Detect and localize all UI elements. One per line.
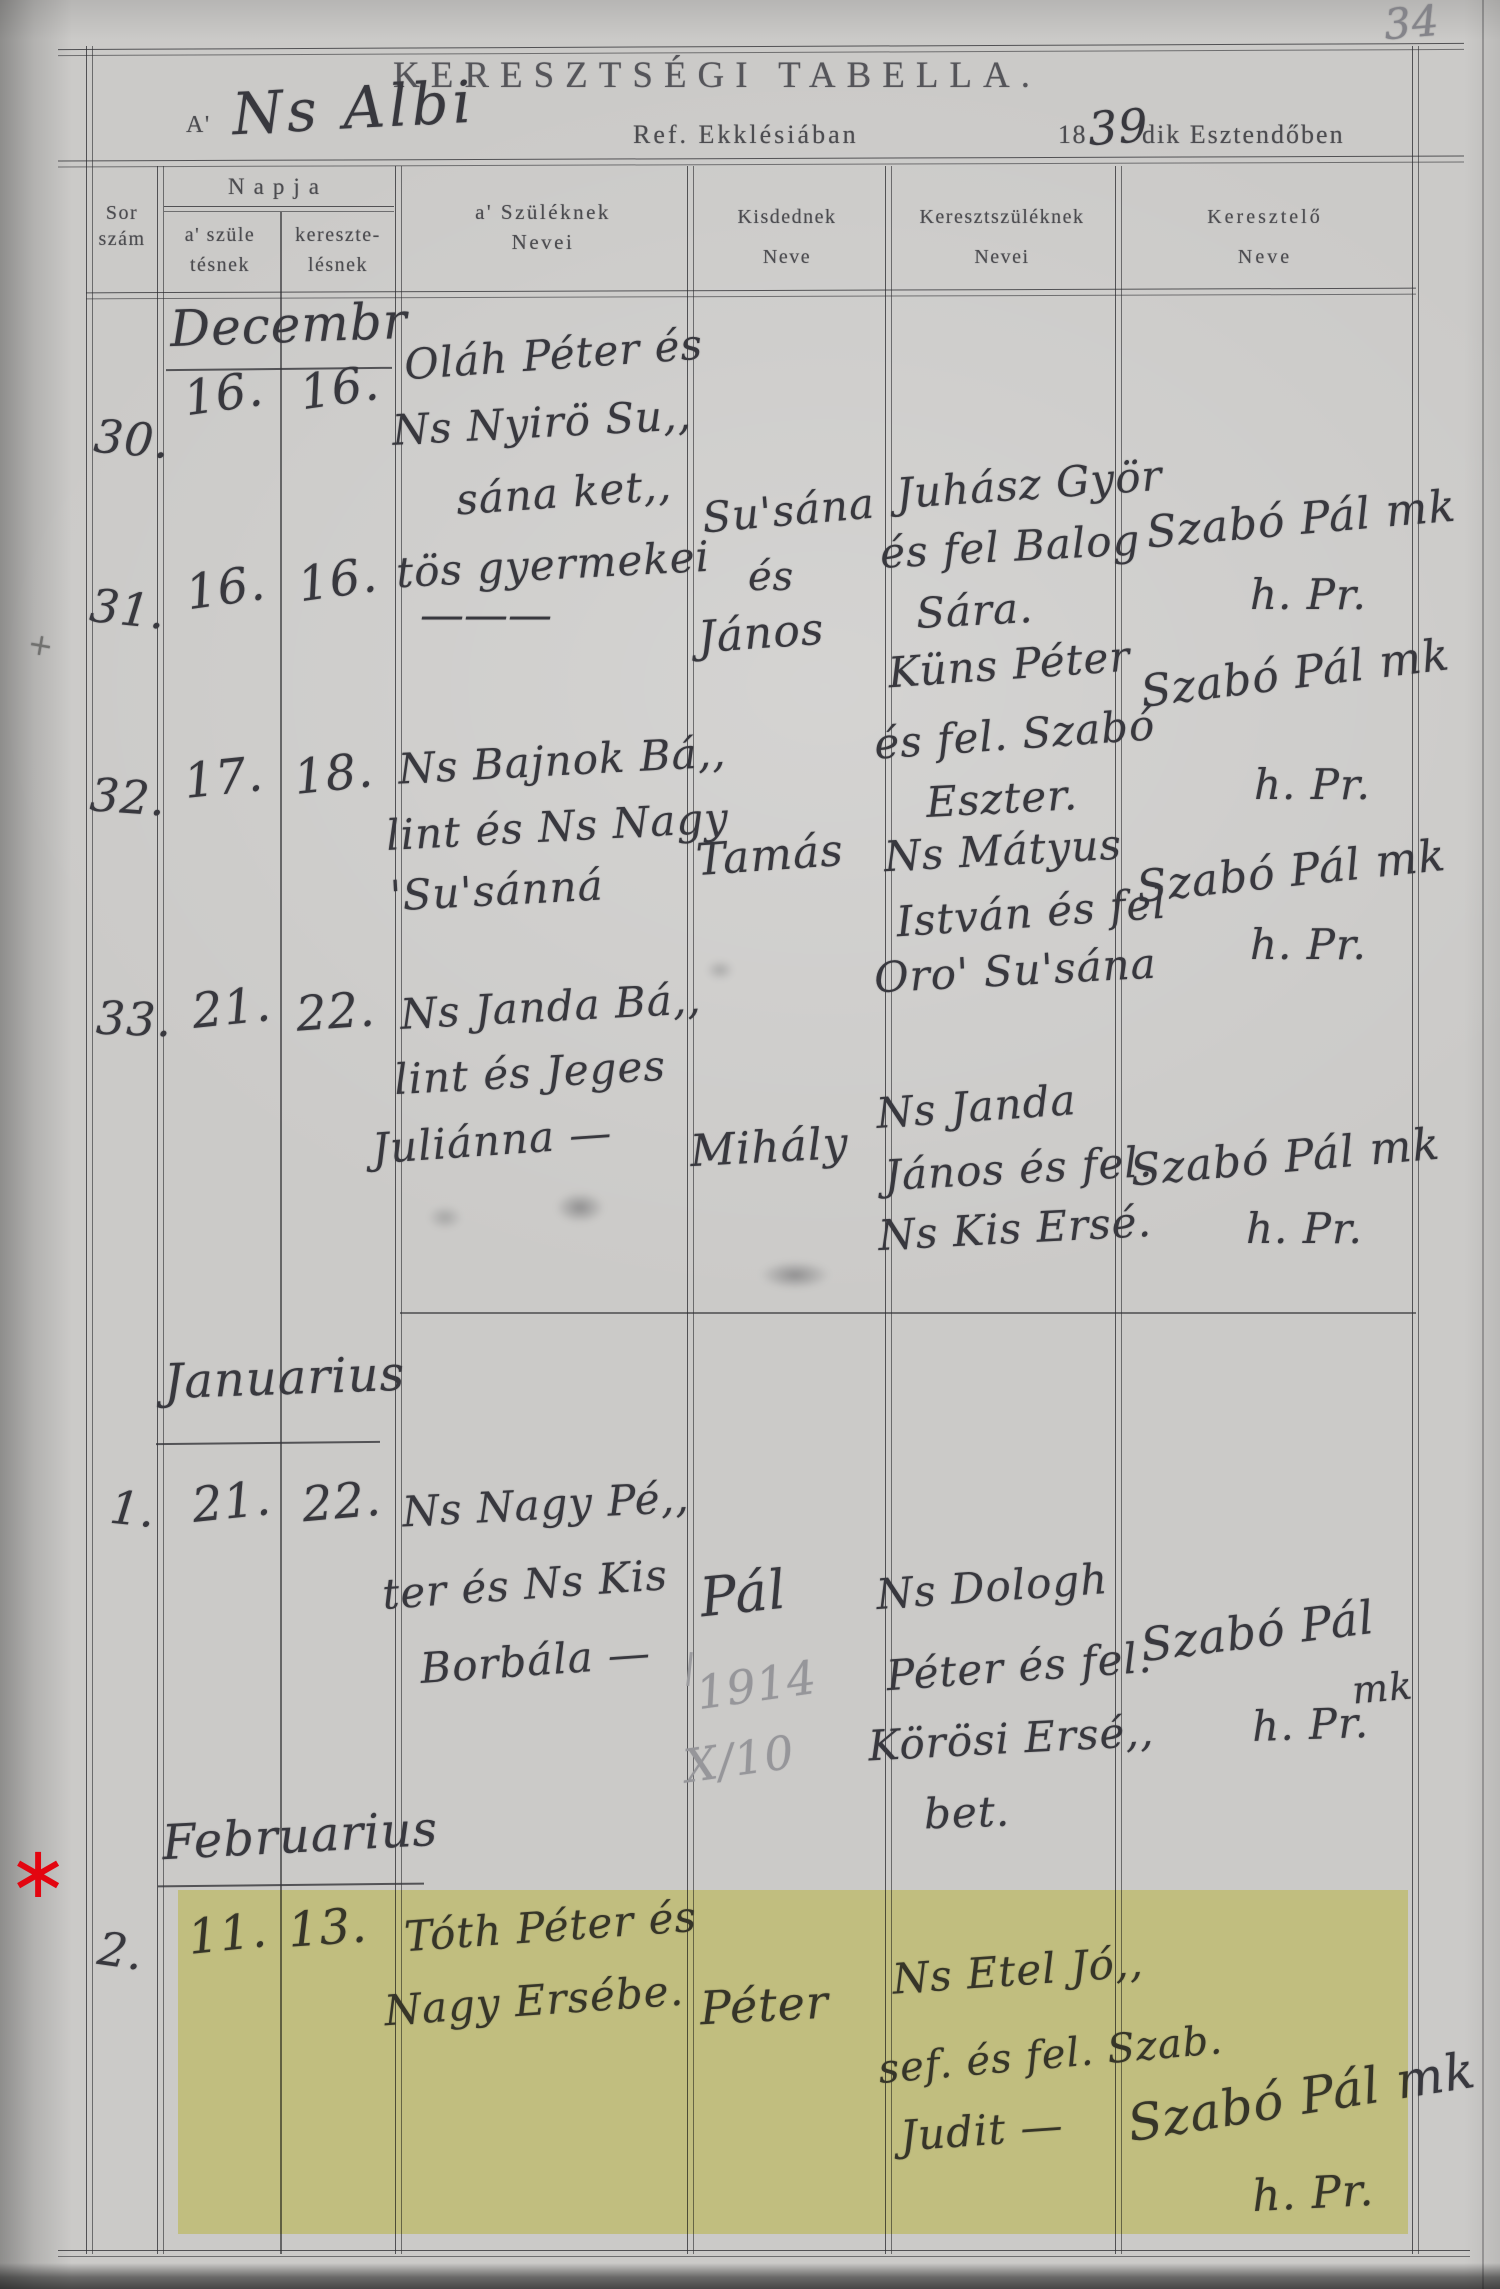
month-underline-january <box>156 1441 380 1446</box>
birth-day: 16. <box>180 361 266 427</box>
parents-line: 'Su'sánná <box>389 860 605 920</box>
baptizer-line: h. Pr. <box>1254 760 1371 809</box>
row-number: 32. <box>88 767 168 826</box>
baptizer-line: h. Pr. <box>1250 920 1367 969</box>
birth-day: 21. <box>189 976 274 1040</box>
baptism-day: 16. <box>296 355 382 421</box>
column-header-napja: Napja <box>160 174 396 200</box>
baptizer-line: h. Pr. <box>1251 1698 1369 1751</box>
baptism-day: 18. <box>291 742 376 806</box>
column-header-kisded-line2: Neve <box>688 246 886 269</box>
godparents-line: János és fel. <box>883 1137 1154 1200</box>
parents-line: Oláh Péter és <box>403 320 705 390</box>
baptizer-line: h. Pr. <box>1246 1204 1363 1253</box>
baptism-day: 22. <box>294 981 377 1042</box>
parents-line: Ns Nagy Pé,, <box>401 1473 691 1537</box>
godparents-line: és fel Balog <box>879 515 1142 578</box>
page-edge-line <box>1482 0 1484 2289</box>
child-name: Mihály <box>689 1118 850 1177</box>
column-header-sorszam-line1: Sor <box>86 202 158 225</box>
column-header-szulek-line1: a' Szüléknek <box>398 200 688 225</box>
napja-underline <box>164 206 394 212</box>
baptizer-line: Szabó Pál mk <box>1128 1119 1442 1197</box>
page-number: 34 <box>1382 0 1442 49</box>
parents-line: lint és Ns Nagy <box>385 793 730 860</box>
scan-bottom-shadow <box>0 2263 1500 2289</box>
column-header-szuletes-line1: a' szüle <box>160 224 280 247</box>
pencil-note-line: X/10 <box>681 1725 798 1794</box>
parents-line: Ns Janda Bá,, <box>399 974 703 1039</box>
godparents-line: Péter és fel. <box>885 1633 1154 1700</box>
parents-line: Ns Nyirö Su,, <box>391 390 693 455</box>
godparents-line: Eszter. <box>925 770 1079 827</box>
scanned-register-page: KERESZTSÉGI TABELLA. A' Ns Albi Ref. Ekk… <box>0 0 1500 2289</box>
godparents-line: Sára. <box>915 583 1035 638</box>
year-printed-prefix: 18 <box>1058 120 1087 150</box>
parents-line: lint és Jeges <box>393 1041 667 1104</box>
row-number: 33. <box>95 991 173 1048</box>
godparents-line: Küns Péter <box>887 632 1132 698</box>
child-name: Pál <box>697 1558 789 1630</box>
child-name: Tamás <box>694 825 845 886</box>
table-vline-sorszam <box>157 166 164 2254</box>
parents-line: Borbála — <box>419 1628 653 1693</box>
column-header-sorszam-line2: szám <box>86 228 158 251</box>
column-header-keresztszulek-line1: Keresztszüléknek <box>888 206 1116 229</box>
table-vline-left <box>86 46 93 2254</box>
year-handwritten: 39 <box>1086 98 1150 156</box>
ink-smudge <box>745 1255 845 1295</box>
godparents-line: István és fel <box>895 879 1169 947</box>
baptizer-line: Szabó Pál mk <box>1134 830 1448 913</box>
column-header-kisded-line1: Kisdednek <box>688 206 886 229</box>
godparents-line: Ns Mátyus <box>883 820 1123 881</box>
column-header-szulek-line2: Nevei <box>398 230 688 255</box>
godparents-line: Ns Kis Ersé. <box>877 1197 1153 1260</box>
birth-day: 21. <box>189 1470 274 1534</box>
month-underline-february <box>158 1883 424 1888</box>
birth-day: 17. <box>181 746 266 810</box>
godparents-line: Ns Dologh <box>875 1554 1110 1619</box>
pencil-note-line: 1914 <box>693 1650 820 1720</box>
table-hline-titlebottom <box>58 156 1464 168</box>
title-prefix: A' <box>186 112 211 139</box>
parents-line: ter és Ns Kis <box>381 1550 670 1619</box>
column-header-szuletes-line2: tésnek <box>160 254 280 277</box>
parents-line: Ns Bajnok Bá,, <box>397 727 727 793</box>
church-name-handwritten: Ns Albi <box>230 68 476 149</box>
column-header-keresztszulek-line2: Nevei <box>888 246 1116 269</box>
year-suffix: dik Esztendőben <box>1142 120 1345 150</box>
child-name: János <box>696 604 826 664</box>
child-name: és <box>748 554 794 600</box>
baptism-day: 16. <box>294 547 380 613</box>
column-header-keresztelo-line1: Keresztelő <box>1118 206 1412 229</box>
month-header-december: Decembr <box>169 292 408 358</box>
row-number: 1. <box>107 1480 158 1539</box>
row-number: 31. <box>87 578 168 640</box>
parents-line: tös gyermekei <box>395 532 711 597</box>
ink-smudge <box>420 1200 470 1235</box>
ink-smudge <box>700 955 740 985</box>
godparents-line: Körösi Ersé,, <box>867 1707 1155 1771</box>
baptizer-line: h. Pr. <box>1250 570 1367 619</box>
page-title: KERESZTSÉGI TABELLA. <box>393 54 1041 97</box>
table-hline-december-close <box>400 1312 1416 1314</box>
ink-smudge <box>545 1185 615 1230</box>
parents-line: sána ket,, <box>455 461 674 525</box>
birth-day: 16. <box>182 555 268 621</box>
margin-mark: + <box>25 626 57 665</box>
baptizer-line: Szabó Pál mk <box>1138 629 1452 717</box>
column-header-keresztelo-line2: Neve <box>1118 246 1412 269</box>
godparents-line: bet. <box>923 1787 1011 1839</box>
month-header-january: Januarius <box>163 1346 406 1410</box>
column-header-keresztel-line2: lésnek <box>280 254 396 277</box>
child-name: Su'sána <box>700 479 877 543</box>
title-ref-text: Ref. Ekklésiában <box>633 120 859 150</box>
table-hline-bottom <box>58 2250 1470 2257</box>
row-number: 30. <box>92 409 173 469</box>
column-header-keresztel-line1: kereszte- <box>280 224 396 247</box>
highlight-overlay <box>178 1890 1408 2234</box>
godparents-line: Juhász Györ <box>895 451 1164 518</box>
baptizer-line: Szabó Pál <box>1138 1590 1378 1672</box>
godparents-line: Ns Janda <box>875 1075 1078 1138</box>
row-number: 2. <box>94 1921 147 1981</box>
parents-line: Juliánna — <box>371 1108 614 1174</box>
margin-asterisk: ∗ <box>8 1830 68 1914</box>
empty-parents-dash: ——— <box>420 590 552 641</box>
baptism-day: 22. <box>300 1471 384 1534</box>
